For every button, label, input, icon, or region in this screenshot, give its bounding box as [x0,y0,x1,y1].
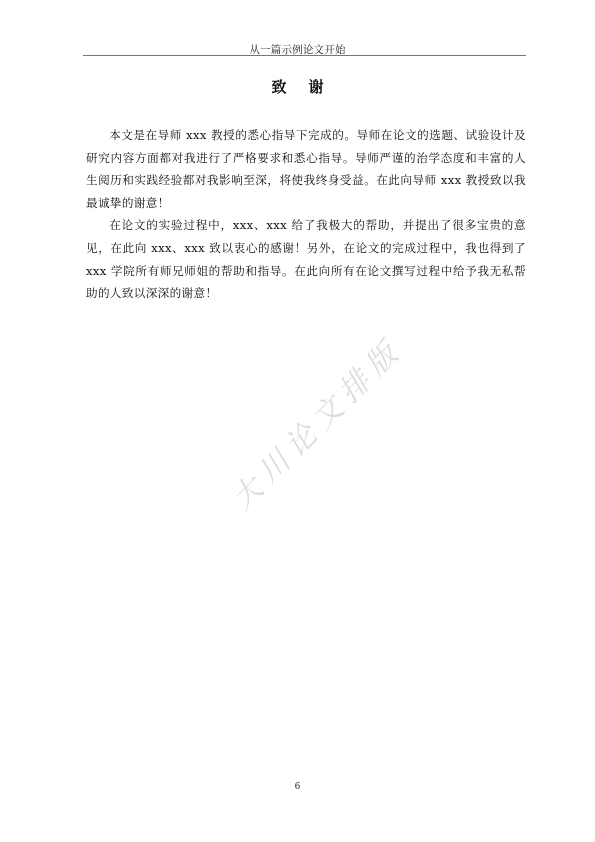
title-char-1: 致 [271,76,286,97]
acknowledgement-body: 本文是在导师 xxx 教授的悉心指导下完成的。导师在论文的选题、试验设计及研究内… [86,124,526,305]
section-title: 致谢 [0,76,595,97]
paragraph-1: 本文是在导师 xxx 教授的悉心指导下完成的。导师在论文的选题、试验设计及研究内… [86,124,526,214]
header-divider [83,55,526,56]
page-number: 6 [0,782,595,792]
watermark: 大川论文排版 [215,322,416,523]
title-char-2: 谢 [309,76,324,97]
paragraph-2: 在论文的实验过程中，xxx、xxx 给了我极大的帮助，并提出了很多宝贵的意见，在… [86,214,526,304]
